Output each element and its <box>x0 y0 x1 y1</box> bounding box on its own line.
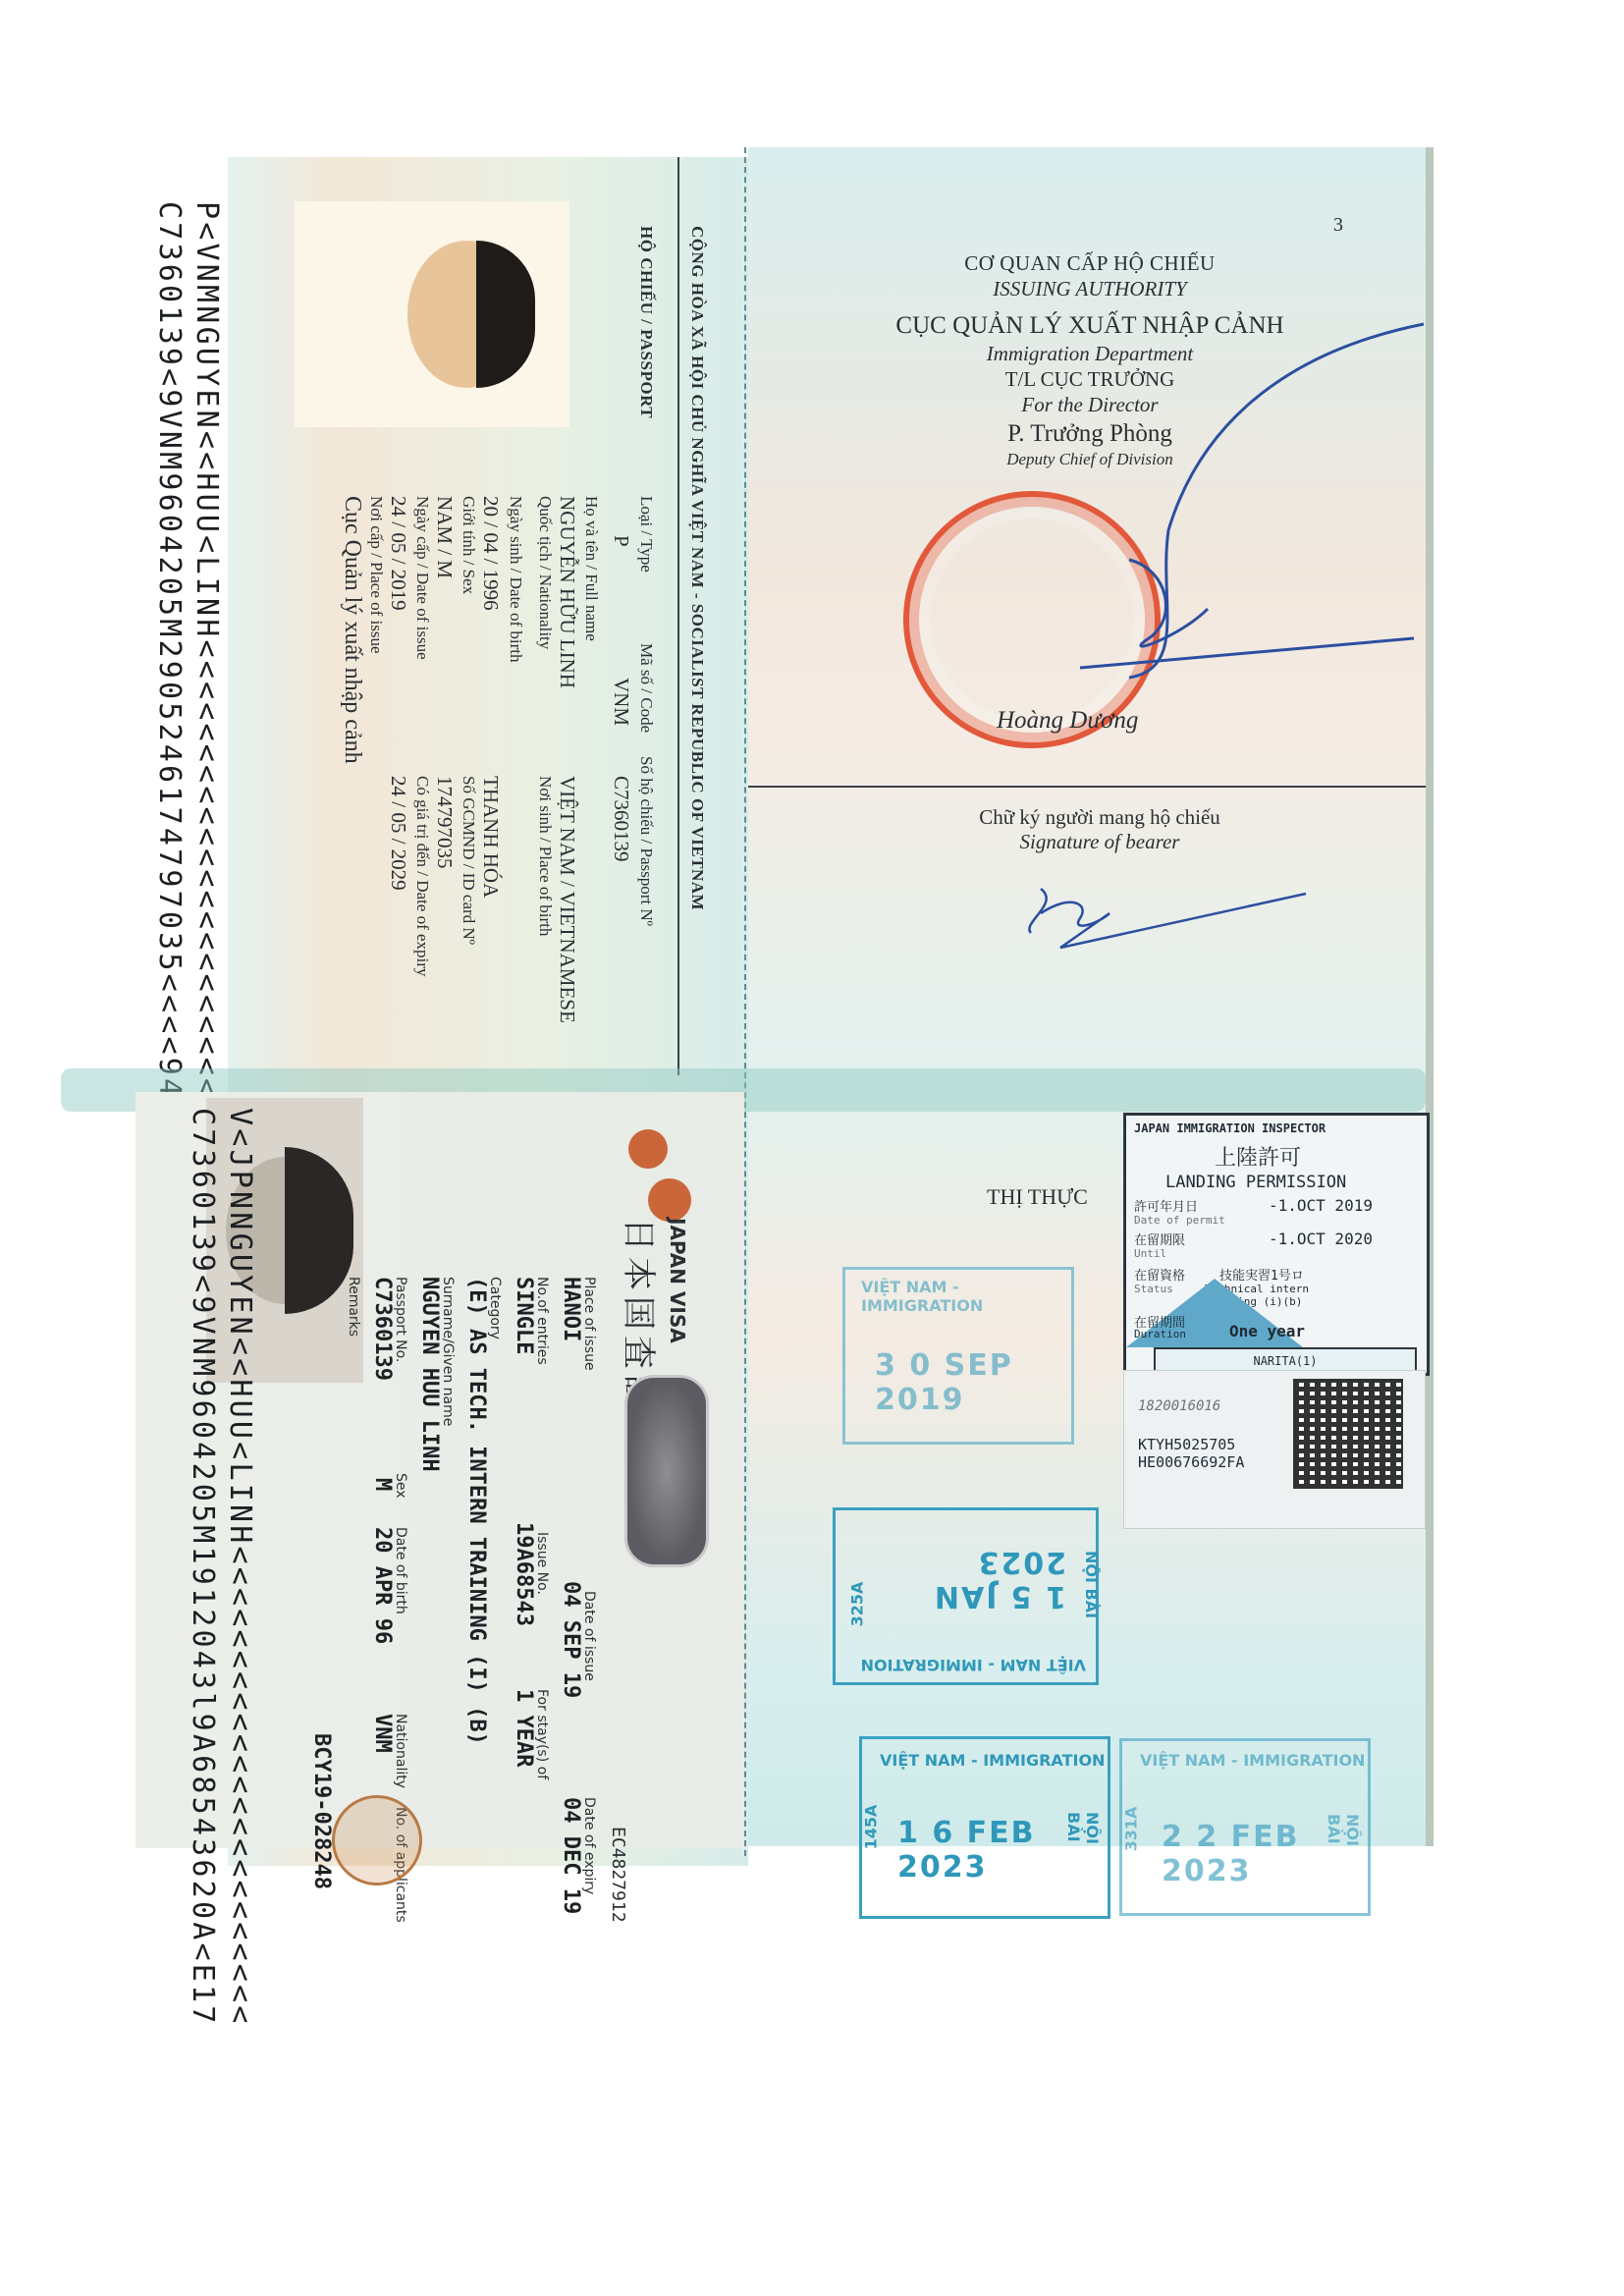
visa-stay-label: For stay(s) of <box>534 1689 550 1779</box>
ministry-foreign-affairs-seal <box>332 1795 422 1886</box>
visa-sex-value: M <box>370 1478 395 1491</box>
stamp-port: NỘI BÀI <box>1082 1551 1101 1618</box>
code-value: VNM <box>609 678 633 726</box>
visa-title-en: JAPAN VISA <box>666 1218 689 1343</box>
visa-stay-value: 1 YEAR <box>512 1689 536 1767</box>
visa-hologram <box>624 1375 709 1567</box>
immigration-stamp-sep-2019: VIỆT NAM - IMMIGRATION 3 0 SEP 2019 <box>842 1267 1074 1445</box>
visa-dob-value: 20 APR 96 <box>370 1527 395 1644</box>
visa-place-label: Place of issue <box>581 1277 597 1371</box>
director-signature <box>1021 314 1434 727</box>
stamp-date: 1 5 JAN 2023 <box>836 1545 1066 1613</box>
qr-code <box>1293 1379 1403 1489</box>
bearer-signature <box>1001 874 1316 953</box>
full-name-value: NGUYỄN HỮU LINH <box>555 496 579 688</box>
code-line-1: KTYH5025705 <box>1138 1436 1235 1453</box>
visa-sex-label: Sex <box>393 1473 408 1499</box>
country-header: CỘNG HÒA XÃ HỘI CHỦ NGHĨA VIỆT NAM - SOC… <box>687 226 707 910</box>
duration-label-en: Duration <box>1134 1328 1186 1340</box>
issue-date-value: 24 / 05 / 2019 <box>386 496 410 611</box>
visa-expiry-label: Date of expiry <box>581 1797 597 1894</box>
visa-dob-label: Date of birth <box>393 1527 408 1614</box>
stamp-code: 325A <box>848 1582 867 1627</box>
passport-mrz-line-1: P<VNMNGUYEN<<HUU<LINH<<<<<<<<<<<<<<<<<<<… <box>189 201 224 1121</box>
visa-remarks-label: Remarks <box>346 1277 361 1337</box>
sex-value: NAM / M <box>432 496 457 578</box>
visa-remarks-value: BCY19-028248 <box>309 1733 334 1889</box>
visa-number: EC4827912 <box>608 1827 628 1923</box>
stamp-code: 145A <box>861 1805 880 1850</box>
authority-title-en: ISSUING AUTHORITY <box>884 276 1296 301</box>
passport-photo <box>295 201 569 427</box>
until-label-en: Until <box>1134 1247 1166 1260</box>
stamp-header: VIỆT NAM - IMMIGRATION <box>861 1278 1071 1315</box>
landing-title-jp: 上陸許可 <box>1215 1141 1301 1172</box>
until-date: -1.OCT 2020 <box>1269 1230 1373 1248</box>
id-card-value: 174797035 <box>432 776 457 869</box>
issue-place-value: Cục Quản lý xuất nhập cảnh <box>339 496 365 764</box>
serial-number: 1820016016 <box>1138 1398 1220 1414</box>
sex-label: Giới tính / Sex <box>459 496 478 594</box>
place-of-birth-value: THANH HÓA <box>478 776 503 898</box>
visa-entries-value: SINGLE <box>512 1277 536 1354</box>
issue-place-label: Nơi cấp / Place of issue <box>366 496 386 654</box>
expiry-value: 24 / 05 / 2029 <box>386 776 410 891</box>
until-label-jp: 在留期限 <box>1134 1230 1185 1248</box>
authority-title-vi: CƠ QUAN CẤP HỘ CHIẾU <box>884 250 1296 276</box>
passport-spine <box>744 147 752 1856</box>
visa-issue-date-label: Date of issue <box>581 1591 597 1681</box>
bearer-signature-block: Chữ ký người mang hộ chiếu Signature of … <box>884 805 1316 854</box>
visa-nationality-value: VNM <box>370 1714 395 1753</box>
visa-expiry-value: 04 DEC 19 <box>559 1797 583 1914</box>
place-of-birth-label: Nơi sinh / Place of birth <box>535 776 555 936</box>
type-label: Loại / Type <box>636 496 656 573</box>
visa-category-label: Category <box>487 1277 503 1339</box>
stamp-header: VIỆT NAM - IMMIGRATION <box>861 1656 1086 1674</box>
passport-mrz-line-2: C7360139<9VNM9604205M2905246174797035<<<… <box>152 201 187 1099</box>
code-label: Mã số / Code <box>636 643 656 733</box>
visa-issue-date-value: 04 SEP 19 <box>559 1581 583 1698</box>
nationality-value: VIỆT NAM / VIETNAMESE <box>555 776 579 1023</box>
doc-title: HỘ CHIẾU / PASSPORT <box>636 226 656 418</box>
signature-divider <box>748 786 1426 788</box>
signer-name: Hoàng Dương <box>997 707 1138 735</box>
stamp-date: 3 0 SEP 2019 <box>875 1348 1071 1417</box>
full-name-label: Họ và tên / Full name <box>581 496 601 641</box>
visa-issue-no-label: Issue No. <box>534 1532 550 1595</box>
visa-name-value: NGUYEN HUU LINH <box>417 1277 442 1472</box>
cherry-blossom-icon <box>628 1129 668 1169</box>
visa-mrz-line-2: C7360139<9VNM9604205M1912043l9A68543620A… <box>186 1108 220 2027</box>
permit-label-jp: 許可年月日 <box>1134 1196 1198 1215</box>
page-number: 3 <box>1333 214 1343 237</box>
landing-permission-codes: 1820016016 KTYH5025705 HE00676692FA <box>1123 1370 1426 1529</box>
duration-value: One year <box>1229 1322 1305 1340</box>
landing-title-en: LANDING PERMISSION <box>1165 1173 1346 1192</box>
bearer-label-vi: Chữ ký người mang hộ chiếu <box>884 805 1316 830</box>
id-card-label: Số GCMND / ID card Nº <box>459 776 478 945</box>
visa-section-label: THỊ THỰC <box>987 1184 1088 1210</box>
passport-number-label: Số hộ chiếu / Passport Nº <box>636 756 656 926</box>
visa-entries-label: No.of entries <box>534 1277 550 1365</box>
permit-date: -1.OCT 2019 <box>1269 1196 1373 1215</box>
bearer-label-en: Signature of bearer <box>884 830 1316 854</box>
code-line-2: HE00676692FA <box>1138 1453 1244 1471</box>
immigration-stamp-feb-22-2023: VIỆT NAM - IMMIGRATION 2 2 FEB 2023 331A… <box>1119 1738 1371 1916</box>
visa-passport-value: C7360139 <box>370 1277 395 1381</box>
hair-shape <box>476 241 535 388</box>
stamp-port: NỘI BÀI <box>1325 1814 1362 1863</box>
visa-mrz-line-1: V<JPNNGUYEN<<HUU<LINH<<<<<<<<<<<<<<<<<<<… <box>223 1108 257 2027</box>
japan-landing-permission-sticker: JAPAN IMMIGRATION INSPECTOR 上陸許可 LANDING… <box>1123 1113 1430 1376</box>
stamp-port: NỘI BÀI <box>1064 1812 1102 1861</box>
type-value: P <box>609 535 633 547</box>
dob-label: Ngày sinh / Date of birth <box>506 496 525 663</box>
dob-value: 20 / 04 / 1996 <box>478 496 503 611</box>
cherry-blossom-icon <box>648 1178 691 1222</box>
stamp-header: VIỆT NAM - IMMIGRATION <box>1140 1751 1365 1770</box>
visa-passport-label: Passport No. <box>393 1277 408 1362</box>
passport-number-value: C7360139 <box>609 776 633 862</box>
stamp-code: 331A <box>1121 1807 1140 1852</box>
permit-label-en: Date of permit <box>1134 1214 1225 1227</box>
visa-category-value: (E) AS TECH. INTERN TRAINING (I) (B) <box>464 1277 489 1745</box>
expiry-label: Có giá trị đến / Date of expiry <box>412 776 432 976</box>
visa-nationality-label: Nationality <box>393 1714 408 1788</box>
header-divider <box>677 157 679 1075</box>
visa-place-value: HANOI <box>559 1277 583 1341</box>
issue-date-label: Ngày cấp / Date of issue <box>412 496 432 660</box>
visa-name-label: Surname/Given name <box>440 1277 456 1426</box>
stamp-header: VIỆT NAM - IMMIGRATION <box>880 1751 1105 1770</box>
immigration-stamp-jan-2023: VIỆT NAM - IMMIGRATION 1 5 JAN 2023 325A… <box>833 1507 1099 1685</box>
immigration-stamp-feb-16-2023: VIỆT NAM - IMMIGRATION 1 6 FEB 2023 145A… <box>859 1736 1110 1919</box>
visa-issue-no-value: 19A68543 <box>512 1522 536 1626</box>
nationality-label: Quốc tịch / Nationality <box>535 496 555 649</box>
hair-shape <box>285 1147 353 1314</box>
inspector-header: JAPAN IMMIGRATION INSPECTOR <box>1134 1121 1326 1135</box>
